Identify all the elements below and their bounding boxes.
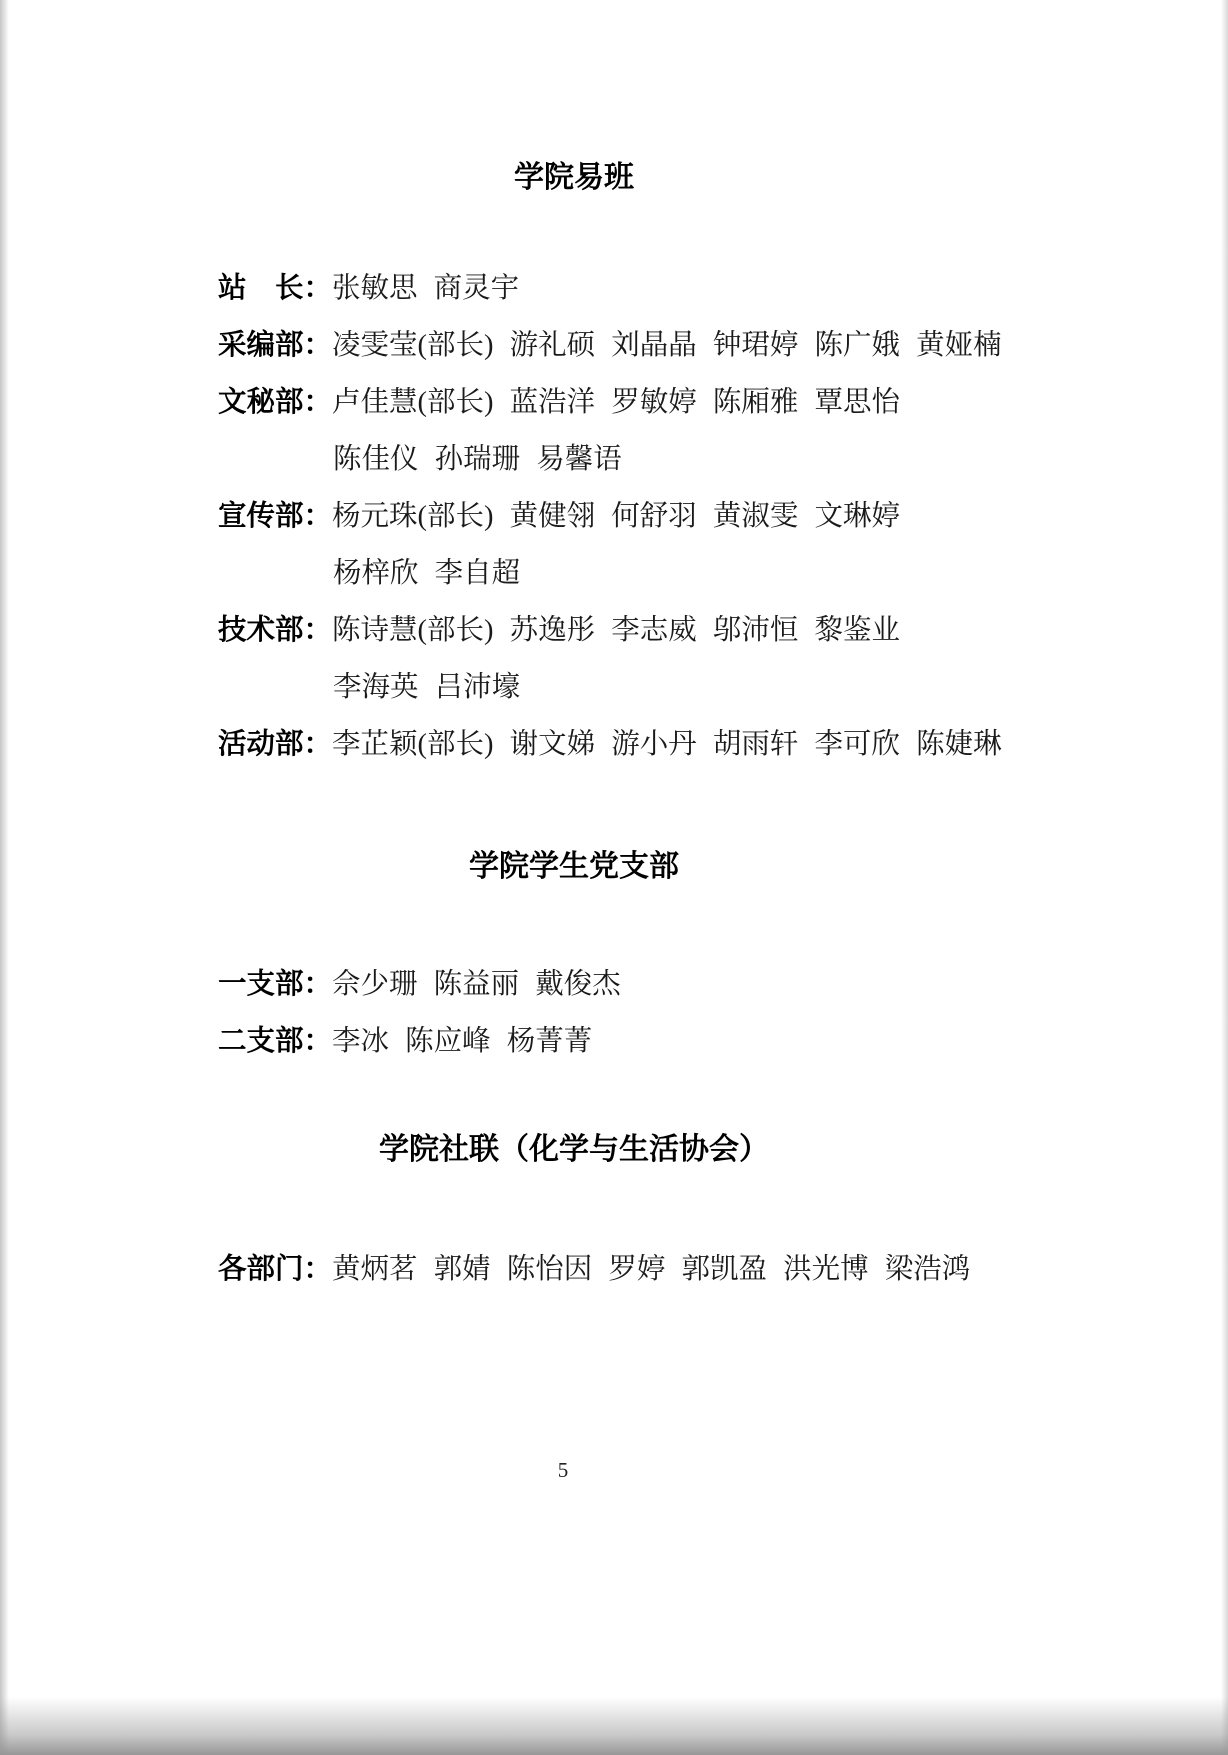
label-colon: ：: [304, 329, 333, 361]
label-colon: ：: [304, 614, 333, 646]
row-names: 凌雯莹(部长) 游礼硕 刘晶晶 钟珺婷 陈广娥 黄娅楠: [332, 330, 1002, 361]
party-branch-rows: 一支部：佘少珊 陈益丽 戴俊杰 二支部：李冰 陈应峰 杨菁菁: [218, 956, 930, 1070]
label-colon: ：: [304, 1025, 333, 1057]
member-row-continuation: 李海英 吕沛壕: [218, 659, 930, 716]
label-colon: ：: [304, 500, 333, 532]
label-colon: ：: [304, 386, 333, 418]
scan-edge-bottom: [0, 1697, 1228, 1755]
label-colon: ：: [304, 728, 333, 760]
member-row: 活动部：李芷颖(部长) 谢文娣 游小丹 胡雨轩 李可欣 陈婕琳: [218, 716, 930, 773]
label-colon: ：: [304, 272, 333, 304]
row-names: 黄炳茗 郭婧 陈怡因 罗婷 郭凯盈 洪光博 梁浩鸿: [332, 1254, 970, 1285]
section-title-association: 学院社联（化学与生活协会）: [218, 1130, 930, 1170]
member-row: 技术部：陈诗慧(部长) 苏逸彤 李志威 邬沛恒 黎鉴业: [218, 602, 930, 659]
scan-edge-left: [0, 0, 9, 1755]
row-names: 陈佳仪 孙瑞珊 易馨语: [333, 444, 622, 475]
row-label: 采编部: [218, 317, 304, 374]
label-colon: ：: [304, 968, 333, 1000]
member-row: 采编部：凌雯莹(部长) 游礼硕 刘晶晶 钟珺婷 陈广娥 黄娅楠: [218, 317, 930, 374]
document-content: 学院易班 站 长：张敏思 商灵宇 采编部：凌雯莹(部长) 游礼硕 刘晶晶 钟珺婷…: [218, 158, 930, 1298]
member-row: 一支部：佘少珊 陈益丽 戴俊杰: [218, 956, 930, 1013]
member-row-continuation: 杨梓欣 李自超: [218, 545, 930, 602]
row-label: 宣传部: [218, 488, 304, 545]
row-names: 卢佳慧(部长) 蓝浩洋 罗敏婷 陈厢雅 覃思怡: [332, 387, 900, 418]
section-title-yiban: 学院易班: [218, 158, 930, 198]
row-label: 技术部: [218, 602, 304, 659]
row-names: 李芷颖(部长) 谢文娣 游小丹 胡雨轩 李可欣 陈婕琳: [332, 729, 1002, 760]
row-label: 一支部: [218, 956, 304, 1013]
member-row-continuation: 陈佳仪 孙瑞珊 易馨语: [218, 431, 930, 488]
row-label: 活动部: [218, 716, 304, 773]
row-names: 张敏思 商灵宇: [332, 273, 519, 304]
scan-edge-right: [1221, 0, 1228, 1755]
yiban-rows: 站 长：张敏思 商灵宇 采编部：凌雯莹(部长) 游礼硕 刘晶晶 钟珺婷 陈广娥 …: [218, 260, 930, 773]
label-colon: ：: [304, 1253, 333, 1285]
row-names: 李海英 吕沛壕: [333, 672, 520, 703]
row-names: 李冰 陈应峰 杨菁菁: [332, 1026, 592, 1057]
row-names: 杨梓欣 李自超: [333, 558, 520, 589]
row-label: 各部门: [218, 1241, 304, 1298]
member-row: 文秘部：卢佳慧(部长) 蓝浩洋 罗敏婷 陈厢雅 覃思怡: [218, 374, 930, 431]
row-names: 陈诗慧(部长) 苏逸彤 李志威 邬沛恒 黎鉴业: [332, 615, 900, 646]
row-label: 站 长: [218, 260, 304, 317]
member-row: 二支部：李冰 陈应峰 杨菁菁: [218, 1013, 930, 1070]
row-label: 二支部: [218, 1013, 304, 1070]
row-names: 杨元珠(部长) 黄健翎 何舒羽 黄淑雯 文琳婷: [332, 501, 900, 532]
member-row: 宣传部：杨元珠(部长) 黄健翎 何舒羽 黄淑雯 文琳婷: [218, 488, 930, 545]
row-names: 佘少珊 陈益丽 戴俊杰: [332, 969, 621, 1000]
page-number: 5: [218, 1458, 908, 1483]
association-rows: 各部门：黄炳茗 郭婧 陈怡因 罗婷 郭凯盈 洪光博 梁浩鸿: [218, 1241, 930, 1298]
row-label: 文秘部: [218, 374, 304, 431]
member-row: 站 长：张敏思 商灵宇: [218, 260, 930, 317]
section-title-party-branch: 学院学生党支部: [218, 847, 930, 887]
member-row: 各部门：黄炳茗 郭婧 陈怡因 罗婷 郭凯盈 洪光博 梁浩鸿: [218, 1241, 930, 1298]
